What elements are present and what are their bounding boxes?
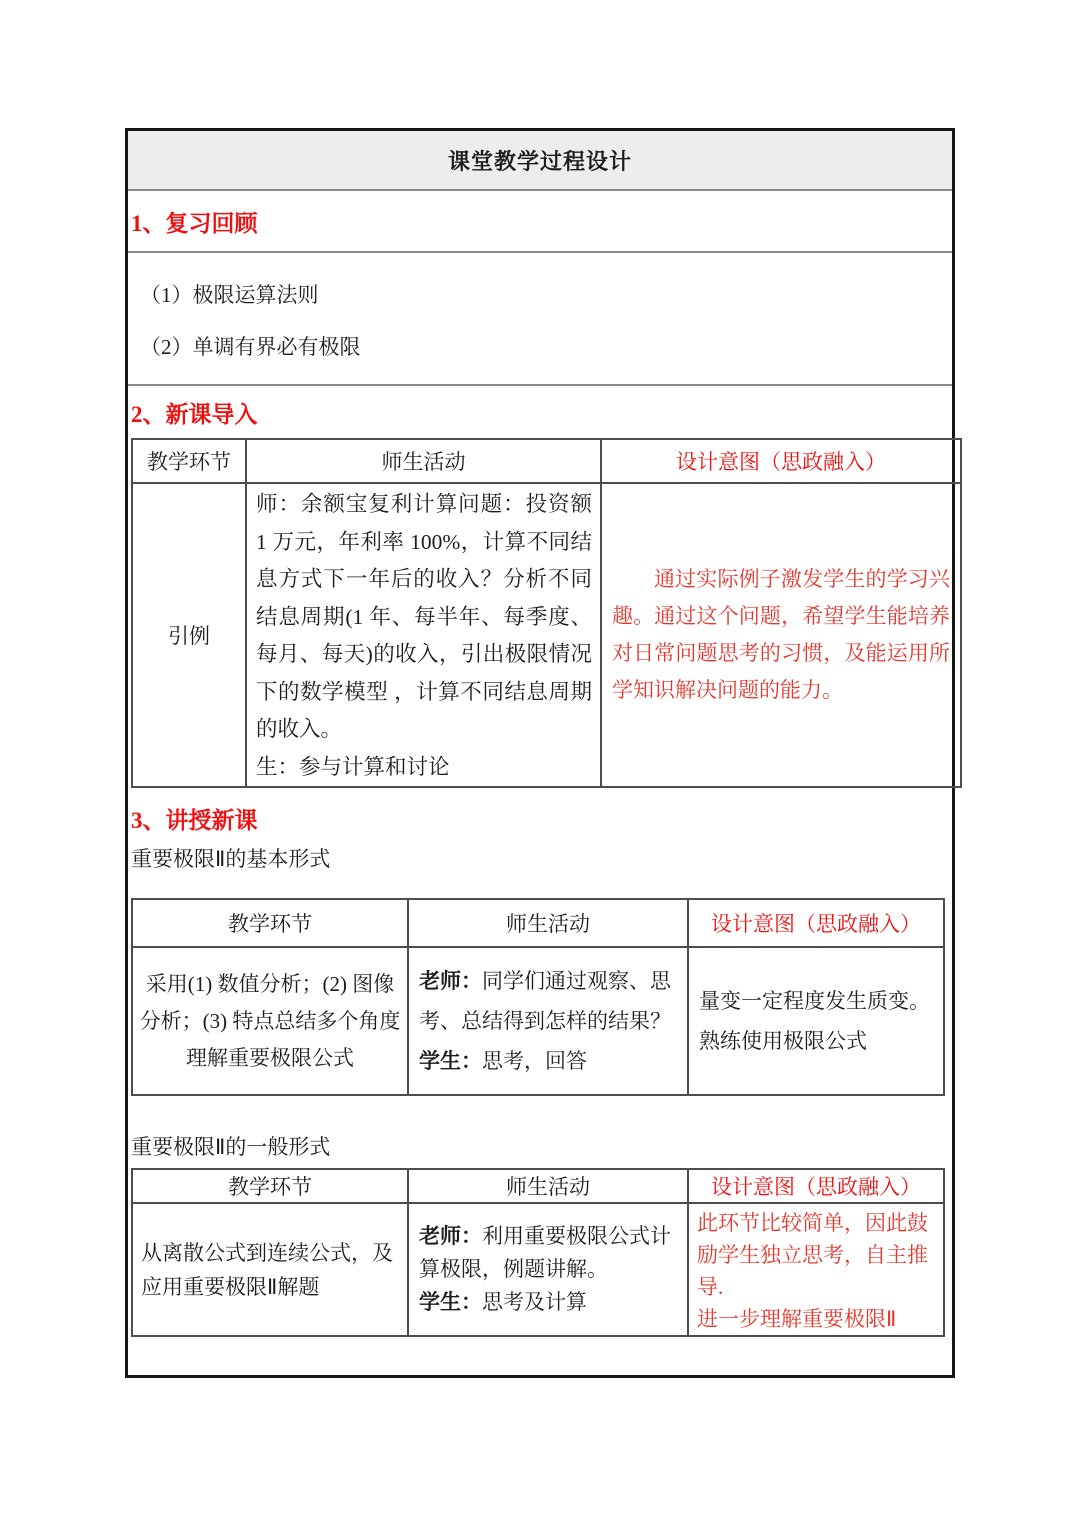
header-stage: 教学环节: [132, 439, 246, 483]
general-form-intent: 此环节比较简单，因此鼓励学生独立思考，自主推导. 进一步理解重要极限Ⅱ: [688, 1203, 944, 1336]
header-intent: 设计意图（思政融入）: [601, 439, 961, 483]
basic-form-stage: 采用(1) 数值分析；(2) 图像分析；(3) 特点总结多个角度理解重要极限公式: [132, 947, 408, 1095]
section3-heading-row: 3、讲授新课: [128, 800, 952, 836]
subtitle-general-form: 重要极限Ⅱ的一般形式: [128, 1126, 952, 1166]
subtitle-basic-form-text: 重要极限Ⅱ的基本形式: [131, 843, 330, 873]
header-activity: 师生活动: [408, 899, 688, 947]
subtitle-basic-form: 重要极限Ⅱ的基本形式: [128, 836, 952, 880]
lead-in-table: 教学环节 师生活动 设计意图（思政融入） 引例 师：余额宝复利计算问题：投资额 …: [131, 438, 962, 788]
lead-in-activity-teacher: 师：余额宝复利计算问题：投资额 1 万元，年利率 100%，计算不同结息方式下一…: [256, 486, 592, 749]
header-intent: 设计意图（思政融入）: [688, 899, 944, 947]
section2-heading: 2、新课导入: [131, 396, 258, 429]
header-stage: 教学环节: [132, 899, 408, 947]
section1-heading-row: 1、复习回顾: [128, 191, 952, 253]
basic-form-student-line: 学生：思考，回答: [419, 1041, 677, 1081]
student-text: 思考，回答: [482, 1049, 587, 1073]
general-form-intent-line1: 此环节比较简单，因此鼓励学生独立思考，自主推导.: [697, 1207, 935, 1303]
basic-form-header-row: 教学环节 师生活动 设计意图（思政融入）: [132, 899, 944, 947]
general-form-table: 教学环节 师生活动 设计意图（思政融入） 从离散公式到连续公式，及应用重要极限Ⅱ…: [131, 1168, 945, 1337]
basic-form-teacher-line: 老师：同学们通过观察、思考、总结得到怎样的结果？: [419, 961, 677, 1041]
subtitle-general-form-text: 重要极限Ⅱ的一般形式: [131, 1131, 330, 1161]
page-title: 课堂教学过程设计: [448, 145, 632, 176]
general-form-student-line: 学生：思考及计算: [419, 1286, 677, 1319]
section1-heading: 1、复习回顾: [131, 205, 258, 238]
lead-in-activity: 师：余额宝复利计算问题：投资额 1 万元，年利率 100%，计算不同结息方式下一…: [246, 483, 601, 787]
teacher-label: 老师：: [419, 969, 482, 993]
basic-form-intent: 量变一定程度发生质变。熟练使用极限公式: [688, 947, 944, 1095]
general-form-activity: 老师：利用重要极限公式计算极限，例题讲解。 学生：思考及计算: [408, 1203, 688, 1336]
general-form-body-row: 从离散公式到连续公式，及应用重要极限Ⅱ解题 老师：利用重要极限公式计算极限，例题…: [132, 1203, 944, 1336]
lead-in-table-body-row: 引例 师：余额宝复利计算问题：投资额 1 万元，年利率 100%，计算不同结息方…: [132, 483, 961, 787]
header-stage: 教学环节: [132, 1169, 408, 1203]
section1-content: （1）极限运算法则 （2）单调有界必有极限: [128, 253, 952, 386]
lead-in-table-header-row: 教学环节 师生活动 设计意图（思政融入）: [132, 439, 961, 483]
basic-form-body-row: 采用(1) 数值分析；(2) 图像分析；(3) 特点总结多个角度理解重要极限公式…: [132, 947, 944, 1095]
document-frame: 课堂教学过程设计 1、复习回顾 （1）极限运算法则 （2）单调有界必有极限 2、…: [125, 128, 955, 1378]
section2-heading-row: 2、新课导入: [128, 386, 952, 438]
review-item-2: （2）单调有界必有极限: [140, 321, 952, 373]
document-title-bar: 课堂教学过程设计: [128, 131, 952, 191]
lead-in-stage: 引例: [132, 483, 246, 787]
general-form-stage: 从离散公式到连续公式，及应用重要极限Ⅱ解题: [132, 1203, 408, 1336]
section3-heading: 3、讲授新课: [131, 802, 258, 835]
header-activity: 师生活动: [246, 439, 601, 483]
student-label: 学生：: [419, 1290, 482, 1314]
header-intent: 设计意图（思政融入）: [688, 1169, 944, 1203]
lead-in-activity-student: 生：参与计算和讨论: [256, 749, 592, 787]
general-form-teacher-line: 老师：利用重要极限公式计算极限，例题讲解。: [419, 1220, 677, 1286]
review-item-1: （1）极限运算法则: [140, 269, 952, 321]
teacher-label: 老师：: [419, 1224, 482, 1248]
student-text: 思考及计算: [482, 1290, 587, 1314]
student-label: 学生：: [419, 1049, 482, 1073]
general-form-intent-line2: 进一步理解重要极限Ⅱ: [697, 1303, 935, 1335]
basic-form-activity: 老师：同学们通过观察、思考、总结得到怎样的结果？ 学生：思考，回答: [408, 947, 688, 1095]
lead-in-intent: 通过实际例子激发学生的学习兴趣。通过这个问题，希望学生能培养对日常问题思考的习惯…: [601, 483, 961, 787]
basic-form-table: 教学环节 师生活动 设计意图（思政融入） 采用(1) 数值分析；(2) 图像分析…: [131, 898, 945, 1096]
header-activity: 师生活动: [408, 1169, 688, 1203]
general-form-header-row: 教学环节 师生活动 设计意图（思政融入）: [132, 1169, 944, 1203]
